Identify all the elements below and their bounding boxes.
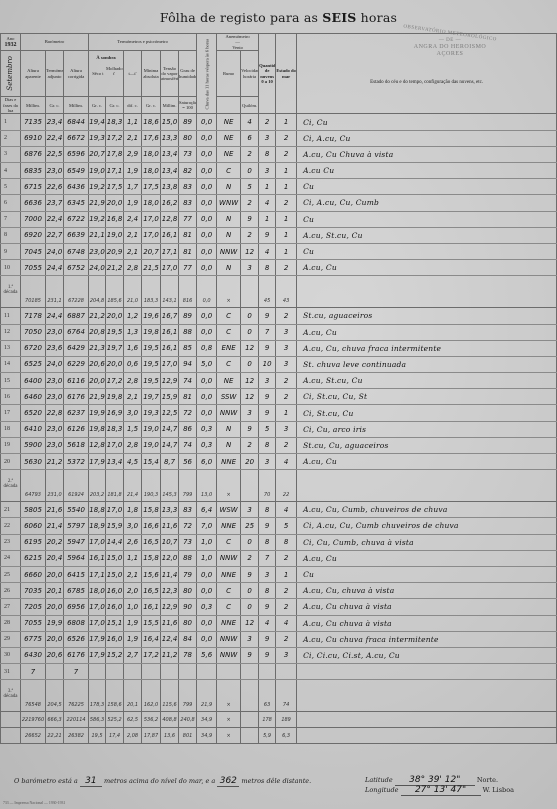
mar-cell: 2 xyxy=(276,583,297,599)
vel-cell: 0 xyxy=(241,534,259,550)
chuva-cell: 0,0 xyxy=(197,324,217,340)
corrected-height-header: Altura corrigida xyxy=(64,51,89,97)
corr-cell: 5372 xyxy=(64,454,89,470)
apparent-height-header: Altura aparente xyxy=(21,51,46,97)
tens-cell: 12,9 xyxy=(161,373,179,389)
dif-cell: 2,0 xyxy=(124,583,142,599)
dif-sum: 21,0 xyxy=(124,276,142,308)
min-cell: 18,0 xyxy=(142,195,161,211)
table-row: 28705519,9680817,015,11,915,511,6800,0NN… xyxy=(1,615,557,631)
corr-cell: 6887 xyxy=(64,308,89,324)
mar-cell: 3 xyxy=(276,340,297,356)
seco-cell: 24,0 xyxy=(89,260,106,276)
chuva-cell: 0,8 xyxy=(197,340,217,356)
nuv-cell: 3 xyxy=(259,130,276,146)
alt-cell: 7055 xyxy=(21,260,46,276)
corr-cell: 6415 xyxy=(64,566,89,582)
alt-cell: 6520 xyxy=(21,405,46,421)
dif-cell xyxy=(124,664,142,680)
alt-cell: 7035 xyxy=(21,583,46,599)
min-sum: 190,3 xyxy=(142,470,161,502)
sky-state-cell: A.cu Cu xyxy=(297,163,557,179)
tadj-cell: 23,7 xyxy=(46,195,64,211)
seco-cell: 17,9 xyxy=(89,631,106,647)
tadj-cell: 23,0 xyxy=(46,421,64,437)
dif-cell: 1,5 xyxy=(124,421,142,437)
hum-total: 801 xyxy=(179,728,197,744)
dif-cell: 2,8 xyxy=(124,437,142,453)
chuva-cell: 0,0 xyxy=(197,211,217,227)
day-cell: 3 xyxy=(1,146,21,162)
table-row: 6663623,7634521,920,01,918,016,2830,0WNW… xyxy=(1,195,557,211)
molh-cell: 19,5 xyxy=(106,324,124,340)
sky-state-header: Estado do céu e do tempo, configuração d… xyxy=(297,34,557,114)
corr-cell: 6639 xyxy=(64,227,89,243)
alt-sum: 70185 xyxy=(21,276,46,308)
tadj-cell: 20,0 xyxy=(46,566,64,582)
tens-cell: 17,1 xyxy=(161,243,179,259)
sky-state-cell: St. chuva leve continuada xyxy=(297,356,557,372)
hum-cell: 89 xyxy=(179,308,197,324)
dif-cell: 2,1 xyxy=(124,227,142,243)
vapour-tension-header: Tensão do vapor atmosférico xyxy=(161,51,179,97)
tadj-cell: 23,0 xyxy=(46,437,64,453)
rumo-cell: WSW xyxy=(217,502,241,518)
sky-state-cell: A.cu, Cu chuva fraca intermitente xyxy=(297,631,557,647)
tadj-cell: 20,0 xyxy=(46,599,64,615)
total-label xyxy=(1,712,21,728)
alt-cell: 7205 xyxy=(21,599,46,615)
dif-sum: 21,4 xyxy=(124,470,142,502)
seco-total: 586,3 xyxy=(89,712,106,728)
alt-cell: 6430 xyxy=(21,647,46,663)
rain-header: Chuva das 11 horas véspera às 6 horas xyxy=(197,34,217,114)
min-cell: 21,5 xyxy=(142,260,161,276)
rumo-cell: NE xyxy=(217,130,241,146)
sky-state-cell: A.cu, Cu xyxy=(297,260,557,276)
table-row: 20563021,2537217,913,44,515,48,7566,0NNE… xyxy=(1,454,557,470)
chuva-cell: 1,0 xyxy=(197,534,217,550)
seco-cell: 18,0 xyxy=(89,583,106,599)
nuv-cell: 3 xyxy=(259,566,276,582)
sky-state-cell: A.cu, Cu chuva à vista xyxy=(297,615,557,631)
observation-table: Ano1932 Barómetro Termómetros e psicróme… xyxy=(0,33,557,744)
dif-cell: 1,9 xyxy=(124,195,142,211)
chuva-cell: 0,0 xyxy=(197,405,217,421)
minimum-header: Mínima absoluta xyxy=(142,51,161,97)
rumo-cell: WNW xyxy=(217,195,241,211)
nuv-cell xyxy=(259,664,276,680)
vel-cell: 3 xyxy=(241,502,259,518)
rumo-cell: NNW xyxy=(217,631,241,647)
hum-cell: 72 xyxy=(179,405,197,421)
year-header: Ano1932 xyxy=(1,34,21,51)
mar-cell: 1 xyxy=(276,566,297,582)
day-cell: 2 xyxy=(1,130,21,146)
hum-cell: 74 xyxy=(179,437,197,453)
alt-cell: 6400 xyxy=(21,373,46,389)
corr-cell: 5797 xyxy=(64,518,89,534)
hum-sum: 799 xyxy=(179,680,197,712)
molh-cell: 16,8 xyxy=(106,211,124,227)
seco-cell: 21,9 xyxy=(89,195,106,211)
day-cell: 6 xyxy=(1,195,21,211)
footer: O barómetro está a 31 metros acima do ní… xyxy=(0,774,557,809)
dif-cell: 2,1 xyxy=(124,566,142,582)
decade-label: 2.ª década xyxy=(1,470,21,502)
hum-cell: 81 xyxy=(179,243,197,259)
tadj-cell: 23,0 xyxy=(46,389,64,405)
dif-cell: 1,9 xyxy=(124,163,142,179)
seco-cell: 18,9 xyxy=(89,518,106,534)
corr-cell: 6237 xyxy=(64,405,89,421)
hum-cell: 90 xyxy=(179,599,197,615)
dif-cell: 2,7 xyxy=(124,647,142,663)
corr-cell: 6126 xyxy=(64,421,89,437)
nuv-cell: 8 xyxy=(259,146,276,162)
tens-cell: 16,7 xyxy=(161,308,179,324)
seco-cell: 19,2 xyxy=(89,211,106,227)
mar-cell: 3 xyxy=(276,647,297,663)
alt-cell: 5630 xyxy=(21,454,46,470)
rumo-cell: C xyxy=(217,356,241,372)
table-row: 3687622,5659620,717,82,918,013,4730,0NE2… xyxy=(1,146,557,162)
alt-cell: 7045 xyxy=(21,243,46,259)
table-row: 3177 xyxy=(1,664,557,680)
chuva-sum: 21,9 xyxy=(197,680,217,712)
tadj-cell: 23,0 xyxy=(46,373,64,389)
rumo-cell: NNW xyxy=(217,405,241,421)
molh-cell: 17,1 xyxy=(106,163,124,179)
chuva-cell: 0,0 xyxy=(197,631,217,647)
min-cell: 16,1 xyxy=(142,599,161,615)
day-cell: 10 xyxy=(1,260,21,276)
table-row: 7700022,4672219,216,82,417,012,8770,0N91… xyxy=(1,211,557,227)
rumo-cell: C xyxy=(217,583,241,599)
vel-cell: 3 xyxy=(241,405,259,421)
mar-cell: 2 xyxy=(276,195,297,211)
seco-cell: 19,9 xyxy=(89,405,106,421)
tadj-cell: 22,4 xyxy=(46,130,64,146)
tadj-cell: 22,6 xyxy=(46,179,64,195)
alt-cell: 5900 xyxy=(21,437,46,453)
vel-cell: 12 xyxy=(241,373,259,389)
seco-cell: 17,0 xyxy=(89,534,106,550)
dif-cell: 1,6 xyxy=(124,340,142,356)
day-cell: 19 xyxy=(1,437,21,453)
sky-state-cell: A.cu, Cu chuva à vista xyxy=(297,599,557,615)
tens-cell: 13,3 xyxy=(161,130,179,146)
vel-cell: 3 xyxy=(241,260,259,276)
tens-cell: 8,7 xyxy=(161,454,179,470)
min-cell: 18,0 xyxy=(142,163,161,179)
dif-cell: 3,0 xyxy=(124,518,142,534)
molh-cell: 17,2 xyxy=(106,373,124,389)
table-row: 24621520,4596416,115,01,115,812,0881,0NN… xyxy=(1,550,557,566)
rumo-sum: × xyxy=(217,680,241,712)
seco-cell: 21,9 xyxy=(89,389,106,405)
rumo-sum: × xyxy=(217,470,241,502)
molh-sum: 181,8 xyxy=(106,470,124,502)
seco-cell: 20,0 xyxy=(89,373,106,389)
chuva-cell: 5,0 xyxy=(197,356,217,372)
chuva-cell: 0,0 xyxy=(197,373,217,389)
tens-cell: 16,1 xyxy=(161,227,179,243)
min-cell: 19,3 xyxy=(142,405,161,421)
mar-cell: 2 xyxy=(276,550,297,566)
tadj-cell: 24,0 xyxy=(46,243,64,259)
speed-sum xyxy=(241,680,259,712)
day-cell: 5 xyxy=(1,179,21,195)
mar-total: 6,3 xyxy=(276,728,297,744)
seco-cell: 20,6 xyxy=(89,356,106,372)
sky-state-cell: A.cu, Cu xyxy=(297,324,557,340)
molh-cell: 19,7 xyxy=(106,340,124,356)
hum-cell: 86 xyxy=(179,421,197,437)
day-cell: 8 xyxy=(1,227,21,243)
tadj-total: 666,3 xyxy=(46,712,64,728)
rumo-cell: NNW xyxy=(217,647,241,663)
nuv-cell: 8 xyxy=(259,502,276,518)
tadj-cell: 24,0 xyxy=(46,356,64,372)
molh-cell: 16,0 xyxy=(106,631,124,647)
molh-cell: 18,3 xyxy=(106,114,124,130)
tadj-sum: 204,5 xyxy=(46,680,64,712)
tens-sum: 143,1 xyxy=(161,276,179,308)
molh-cell: 18,3 xyxy=(106,421,124,437)
seco-cell: 17,9 xyxy=(89,647,106,663)
decade-summary-row: 1.ª década70185231,167228204,8185,621,01… xyxy=(1,276,557,308)
corr-cell: 6748 xyxy=(64,243,89,259)
day-cell: 29 xyxy=(1,631,21,647)
rumo-cell: NE xyxy=(217,146,241,162)
dif-cell: 1,1 xyxy=(124,114,142,130)
vel-cell: 2 xyxy=(241,146,259,162)
dif-cell: 1,9 xyxy=(124,631,142,647)
speed-total xyxy=(241,728,259,744)
nuv-cell: 9 xyxy=(259,308,276,324)
molh-cell: 17,0 xyxy=(106,437,124,453)
tadj-cell: 20,2 xyxy=(46,534,64,550)
dif-cell: 0,6 xyxy=(124,356,142,372)
min-cell: 19,8 xyxy=(142,324,161,340)
molh-cell: 17,8 xyxy=(106,146,124,162)
mar-cell: 8 xyxy=(276,534,297,550)
corr-cell: 6549 xyxy=(64,163,89,179)
min-cell: 17,0 xyxy=(142,211,161,227)
rumo-cell: C xyxy=(217,324,241,340)
tens-cell: 11,6 xyxy=(161,615,179,631)
min-cell: 15,4 xyxy=(142,454,161,470)
sky-state-cell: Cu xyxy=(297,243,557,259)
chuva-cell xyxy=(197,664,217,680)
tens-cell xyxy=(161,664,179,680)
nuv-cell: 9 xyxy=(259,518,276,534)
speed-sum xyxy=(241,276,259,308)
alt-sum: 64793 xyxy=(21,470,46,502)
tens-cell: 16,2 xyxy=(161,195,179,211)
tens-cell: 15,0 xyxy=(161,114,179,130)
tadj-cell: 22,8 xyxy=(46,405,64,421)
mar-cell: 1 xyxy=(276,211,297,227)
dif-cell: 2,8 xyxy=(124,260,142,276)
molh-total: 525,2 xyxy=(106,712,124,728)
molh-sum: 158,6 xyxy=(106,680,124,712)
sky-state-cell xyxy=(297,664,557,680)
corr-cell: 6596 xyxy=(64,146,89,162)
min-cell: 20,7 xyxy=(142,243,161,259)
thermometers-header: Termómetros e psicrómetro xyxy=(89,34,197,51)
anemometer-header: Anemómetro—Vento xyxy=(217,34,259,51)
dif-cell: 4,5 xyxy=(124,454,142,470)
molh-cell: 20,0 xyxy=(106,308,124,324)
hum-cell: 83 xyxy=(179,179,197,195)
nuv-sum: 63 xyxy=(259,680,276,712)
corr-total: 220114 xyxy=(64,712,89,728)
vel-cell: 0 xyxy=(241,308,259,324)
dif-total: 2,08 xyxy=(124,728,142,744)
molh-cell: 20,9 xyxy=(106,243,124,259)
rumo-cell: NE xyxy=(217,114,241,130)
seco-cell: 17,0 xyxy=(89,615,106,631)
hum-cell xyxy=(179,664,197,680)
corr-cell: 6436 xyxy=(64,179,89,195)
hum-cell: 81 xyxy=(179,389,197,405)
nuv-cell: 1 xyxy=(259,211,276,227)
tadj-cell: 23,6 xyxy=(46,340,64,356)
vel-cell: 12 xyxy=(241,389,259,405)
molh-cell: 15,0 xyxy=(106,566,124,582)
min-cell: 19,5 xyxy=(142,373,161,389)
tadj-total: 22,21 xyxy=(46,728,64,744)
humidity-header: Grau de humidade xyxy=(179,51,197,97)
tadj-cell: 20,0 xyxy=(46,631,64,647)
vel-cell: 4 xyxy=(241,114,259,130)
vel-cell: 2 xyxy=(241,195,259,211)
hum-cell: 94 xyxy=(179,356,197,372)
rumo-cell: N xyxy=(217,260,241,276)
chuva-cell: 1,0 xyxy=(197,550,217,566)
vel-cell: 9 xyxy=(241,211,259,227)
diff-header: t—t' xyxy=(124,51,142,97)
wind-speed-header: Velocidade horária xyxy=(241,51,259,97)
tadj-cell: 20,4 xyxy=(46,550,64,566)
mar-cell: 3 xyxy=(276,324,297,340)
rumo-total: × xyxy=(217,712,241,728)
rumo-total: × xyxy=(217,728,241,744)
alt-cell: 6720 xyxy=(21,340,46,356)
sky-state-cell: Ci, Cu, Cumb, chuva à vista xyxy=(297,534,557,550)
molh-cell: 21,2 xyxy=(106,260,124,276)
table-row: 26703520,1678518,016,02,016,512,3800,0C0… xyxy=(1,583,557,599)
tadj-cell: 23,0 xyxy=(46,163,64,179)
printer-imprint: 733 — Imprensa Nacional — 1930-1931 xyxy=(3,801,65,805)
dif-cell: 2,8 xyxy=(124,373,142,389)
tens-cell: 12,0 xyxy=(161,550,179,566)
tadj-cell: 22,7 xyxy=(46,227,64,243)
nuv-cell: 9 xyxy=(259,340,276,356)
nuv-cell: 9 xyxy=(259,389,276,405)
alt-cell: 6060 xyxy=(21,518,46,534)
alt-cell: 7178 xyxy=(21,308,46,324)
chuva-cell: 0,0 xyxy=(197,583,217,599)
rumo-cell: NNW xyxy=(217,243,241,259)
mar-cell: 3 xyxy=(276,421,297,437)
hum-cell: 80 xyxy=(179,130,197,146)
mar-cell: 2 xyxy=(276,599,297,615)
molh-cell: 15,1 xyxy=(106,615,124,631)
vel-cell: 2 xyxy=(241,437,259,453)
alt-cell: 7055 xyxy=(21,615,46,631)
corr-total: 26382 xyxy=(64,728,89,744)
hum-cell: 79 xyxy=(179,566,197,582)
decade-label: 1.ª década xyxy=(1,276,21,308)
tens-cell: 15,9 xyxy=(161,389,179,405)
seco-cell: 21,3 xyxy=(89,340,106,356)
corr-cell: 7 xyxy=(64,664,89,680)
day-cell: 20 xyxy=(1,454,21,470)
min-cell: 15,6 xyxy=(142,566,161,582)
alt-cell: 6660 xyxy=(21,566,46,582)
sky-state-cell: Ci, A.cu, Cu, Cumb chuveiros de chuva xyxy=(297,518,557,534)
sky-sum xyxy=(297,470,557,502)
nuv-cell: 8 xyxy=(259,437,276,453)
chuva-cell: 0,3 xyxy=(197,421,217,437)
nuv-cell: 3 xyxy=(259,454,276,470)
vel-cell: 3 xyxy=(241,631,259,647)
molh-cell: 13,4 xyxy=(106,454,124,470)
sky-state-cell: Cu xyxy=(297,211,557,227)
hum-total: 240,8 xyxy=(179,712,197,728)
vel-cell: 0 xyxy=(241,324,259,340)
vel-cell: 12 xyxy=(241,243,259,259)
min-cell: 17,5 xyxy=(142,179,161,195)
corr-cell: 5540 xyxy=(64,502,89,518)
corr-cell: 6722 xyxy=(64,211,89,227)
seco-cell: 21,2 xyxy=(89,308,106,324)
hum-sum: 799 xyxy=(179,470,197,502)
tens-cell: 12,8 xyxy=(161,211,179,227)
day-cell: 7 xyxy=(1,211,21,227)
seco-cell xyxy=(89,664,106,680)
day-cell: 9 xyxy=(1,243,21,259)
chuva-cell: 7,0 xyxy=(197,518,217,534)
mar-cell: 2 xyxy=(276,373,297,389)
tadj-cell: 23,0 xyxy=(46,324,64,340)
min-cell: 18,0 xyxy=(142,146,161,162)
chuva-cell: 0,0 xyxy=(197,163,217,179)
tens-cell: 13,8 xyxy=(161,179,179,195)
corr-sum: 76225 xyxy=(64,680,89,712)
nuv-cell: 10 xyxy=(259,356,276,372)
tens-cell: 10,7 xyxy=(161,534,179,550)
hum-sum: 816 xyxy=(179,276,197,308)
day-cell: 17 xyxy=(1,405,21,421)
tadj-cell: 22,5 xyxy=(46,146,64,162)
day-cell: 1 xyxy=(1,114,21,130)
vel-cell xyxy=(241,664,259,680)
table-row: 12705023,0676420,819,51,319,816,1880,0C0… xyxy=(1,324,557,340)
table-row: 30643020,6617617,915,22,717,211,2785,6NN… xyxy=(1,647,557,663)
tadj-cell: 21,2 xyxy=(46,454,64,470)
molh-cell: 15,0 xyxy=(106,550,124,566)
vel-cell: 12 xyxy=(241,340,259,356)
sky-state-cell: Ci, Cu, arco iris xyxy=(297,421,557,437)
observation-rows: 1713523,4684419,418,31,118,615,0890,0NE4… xyxy=(1,114,557,744)
tadj-cell: 22,4 xyxy=(46,211,64,227)
nuv-cell: 8 xyxy=(259,260,276,276)
mar-cell: 1 xyxy=(276,227,297,243)
